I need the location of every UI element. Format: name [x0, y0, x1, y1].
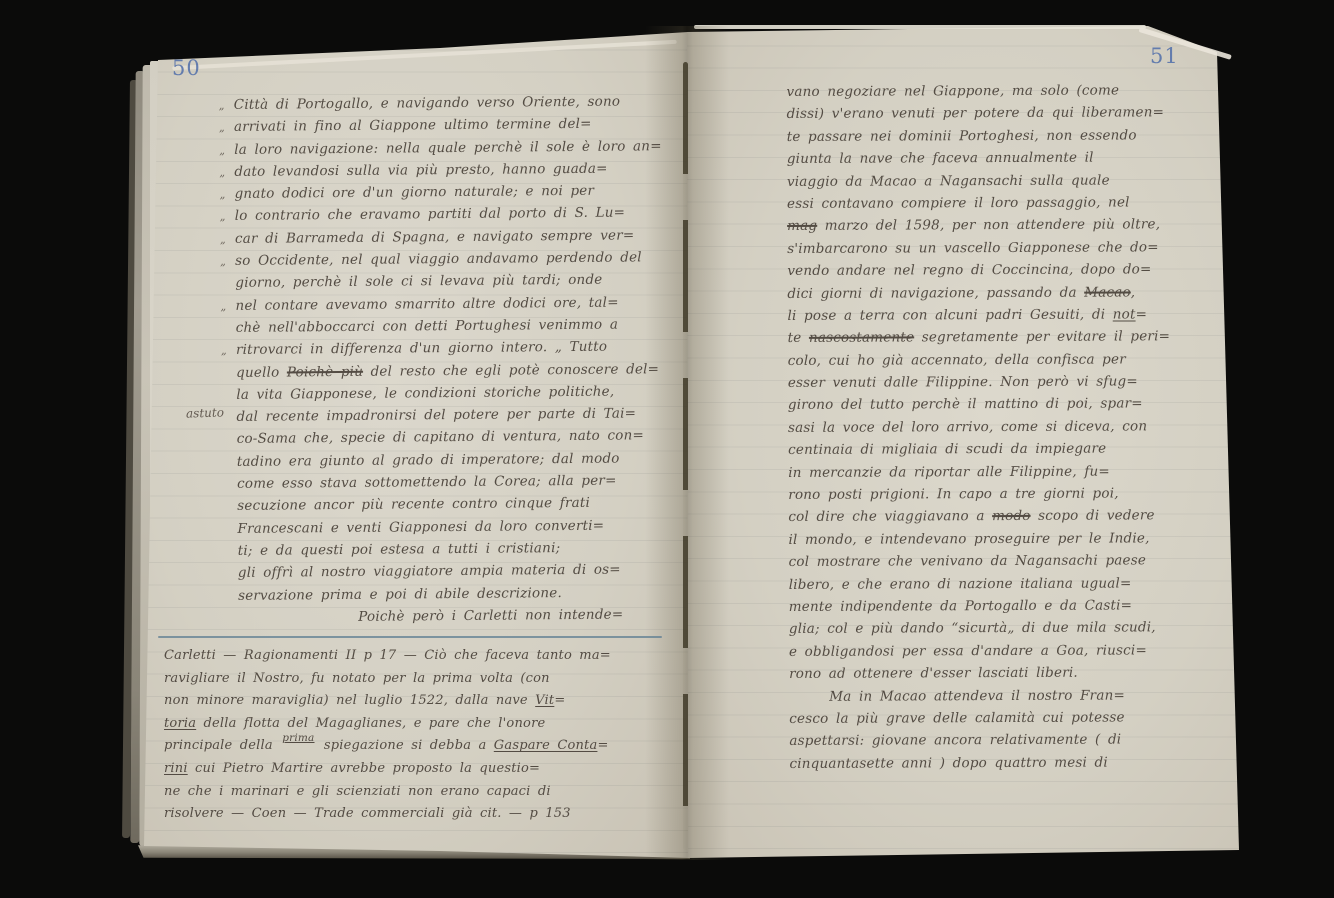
manuscript-line: te nascostamente segretamente per evitar…: [788, 325, 1228, 349]
manuscript-line: girono del tutto perchè il mattino di po…: [788, 393, 1228, 417]
manuscript-line: sasi la voce del loro arrivo, come si di…: [788, 415, 1228, 439]
manuscript-line: cinquantasette anni ) dopo quattro mesi …: [789, 751, 1229, 775]
manuscript-line: essi contavano compiere il loro passaggi…: [787, 191, 1227, 215]
manuscript-line: centinaia di migliaia di scudi da impieg…: [788, 437, 1228, 461]
manuscript-line: esser venuti dalle Filippine. Non però v…: [788, 370, 1228, 394]
manuscript-line: cesco la più grave delle calamità cui po…: [789, 706, 1229, 730]
manuscript-line: dissi) v'erano venuti per potere da qui …: [787, 101, 1227, 125]
manuscript-line: il mondo, e intendevano proseguire per l…: [788, 527, 1228, 551]
manuscript-line: Poichè però i Carletti non intende=: [238, 603, 678, 629]
left-page-number: 50: [172, 56, 201, 80]
manuscript-line: mag marzo del 1598, per non attendere pi…: [787, 213, 1227, 237]
manuscript-line: vano negoziare nel Giappone, ma solo (co…: [786, 79, 1226, 103]
manuscript-line: viaggio da Macao a Nagansachi sulla qual…: [787, 169, 1227, 193]
manuscript-line: ravigliare il Nostro, fu notato per la p…: [164, 668, 672, 691]
manuscript-line: col dire che viaggiavano a modo scopo di…: [788, 504, 1228, 528]
footnote-divider-rule: [158, 636, 662, 638]
manuscript-line: li pose a terra con alcuni padri Gesuiti…: [787, 303, 1227, 327]
binding-stitches: [683, 62, 688, 850]
margin-note: astuto: [186, 405, 224, 420]
manuscript-line: colo, cui ho già accennato, della confis…: [788, 348, 1228, 372]
manuscript-line: rono posti prigioni. In capo a tre giorn…: [788, 482, 1228, 506]
manuscript-line: e obbligandosi per essa d'andare a Goa, …: [789, 639, 1229, 663]
manuscript-line: aspettarsi: giovane ancora relativamente…: [789, 728, 1229, 752]
manuscript-line: libero, e che erano di nazione italiana …: [789, 572, 1229, 596]
right-page-text: vano negoziare nel Giappone, ma solo (co…: [786, 79, 1229, 775]
manuscript-line: Ma in Macao attendeva il nostro Fran=: [789, 684, 1229, 708]
manuscript-line: toria della flotta del Magaglianes, e pa…: [164, 713, 672, 736]
manuscript-line: ne che i marinari e gli scienziati non e…: [164, 781, 672, 804]
right-page-number: 51: [1150, 44, 1179, 68]
manuscript-line: col mostrare che venivano da Nagansachi …: [789, 549, 1229, 573]
manuscript-line: te passare nei dominii Portoghesi, non e…: [787, 124, 1227, 148]
manuscript-line: Carletti — Ragionamenti II p 17 — Ciò ch…: [164, 645, 672, 668]
manuscript-line: mente indipendente da Portogallo e da Ca…: [789, 594, 1229, 618]
manuscript-line: giunta la nave che faceva annualmente il: [787, 146, 1227, 170]
manuscript-line: dici giorni di navigazione, passando da …: [787, 281, 1227, 305]
manuscript-line: non minore maraviglia) nel luglio 1522, …: [164, 690, 672, 713]
manuscript-line: rono ad ottenere d'esser lasciati liberi…: [789, 661, 1229, 685]
scanned-book-photo: 50 51 „Città di Portogallo, e navigando …: [0, 0, 1334, 898]
manuscript-line: principale della prima spiegazione si de…: [164, 735, 672, 758]
left-page-footnote-text: Carletti — Ragionamenti II p 17 — Ciò ch…: [164, 645, 672, 826]
manuscript-line: risolvere — Coen — Trade commerciali già…: [164, 803, 672, 826]
manuscript-line: vendo andare nel regno di Coccincina, do…: [787, 258, 1227, 282]
manuscript-line: rini cui Pietro Martire avrebbe proposto…: [164, 758, 672, 781]
manuscript-line: s'imbarcarono su un vascello Giapponese …: [787, 236, 1227, 260]
left-page-text: „Città di Portogallo, e navigando verso …: [234, 90, 679, 629]
manuscript-line: glia; col e più dando “sicurtà„ di due m…: [789, 616, 1229, 640]
page-top-edge-highlight: [694, 25, 1146, 29]
manuscript-line: in mercanzie da riportar alle Filippine,…: [788, 460, 1228, 484]
